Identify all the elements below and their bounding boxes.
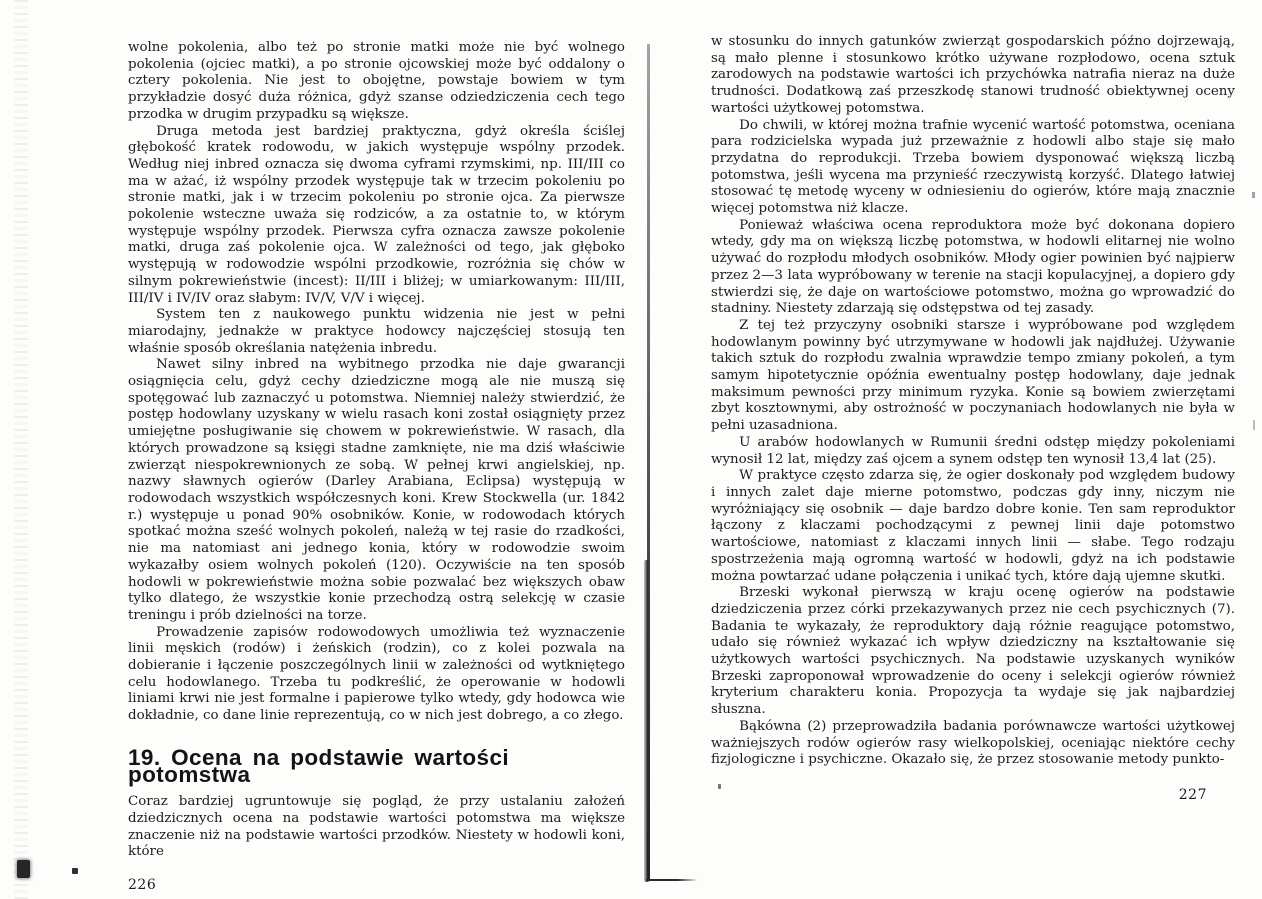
book-scan: wolne pokolenia, albo też po stronie mat…	[0, 0, 1262, 899]
paragraph: Coraz bardziej ugruntowuje się pogląd, ż…	[128, 794, 625, 861]
section-heading: 19. Ocena na podstawie wartości potomstw…	[128, 750, 625, 783]
paragraph: wolne pokolenia, albo też po stronie mat…	[128, 40, 625, 124]
scan-speckle	[1252, 192, 1255, 198]
paragraph: Nawet silny inbred na wybitnego przodka …	[128, 357, 625, 624]
paragraph: U arabów hodowlanych w Rumunii średni od…	[711, 435, 1235, 468]
page-number-right: 227	[711, 787, 1235, 804]
page-number-left: 226	[128, 877, 625, 894]
paragraph: Druga metoda jest bardziej praktyczna, g…	[128, 124, 625, 308]
scan-blob	[17, 860, 30, 878]
paragraph: Z tej też przyczyny osobniki starsze i w…	[711, 318, 1235, 435]
paragraph: System ten z naukowego punktu widzenia n…	[128, 307, 625, 357]
scan-edge-artifact	[14, 0, 28, 899]
paragraph: Brzeski wykonał pierwszą w kraju ocenę o…	[711, 585, 1235, 719]
right-page: w stosunku do innych gatunków zwierząt g…	[711, 34, 1235, 804]
scan-blob	[72, 868, 78, 874]
paragraph: Do chwili, w której można trafnie wyceni…	[711, 118, 1235, 218]
paragraph: Bąkówna (2) przeprowadziła badania porów…	[711, 719, 1235, 769]
paragraph: Ponieważ właściwa ocena reproduktora moż…	[711, 218, 1235, 318]
page-gutter-foot	[646, 879, 698, 881]
scan-speckle	[1253, 420, 1255, 430]
left-page: wolne pokolenia, albo też po stronie mat…	[128, 40, 625, 894]
paragraph: W praktyce często zdarza się, że ogier d…	[711, 468, 1235, 585]
page-gutter-shadow-lower	[644, 560, 650, 882]
paragraph: Prowadzenie zapisów rodowodowych umożliw…	[128, 625, 625, 725]
paragraph: w stosunku do innych gatunków zwierząt g…	[711, 34, 1235, 118]
